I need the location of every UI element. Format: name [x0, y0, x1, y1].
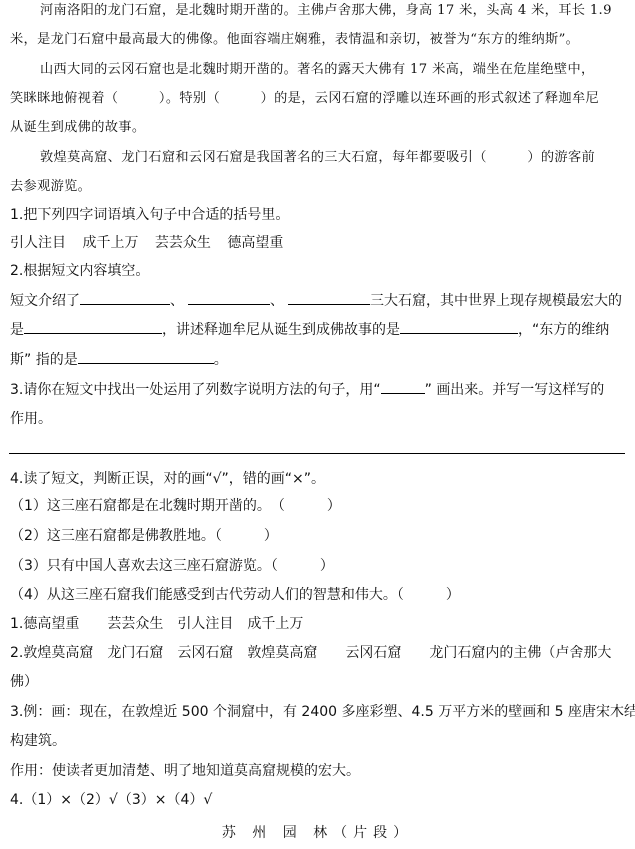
passage-p3-line1: 敦煌莫高窟、龙门石窟和云冈石窟是我国著名的三大石窟，每年都要吸引（ ）的游客前: [40, 149, 625, 167]
word-option: 德高望重: [227, 235, 283, 251]
fill-blank[interactable]: [400, 321, 518, 334]
word-option: 成千上万: [82, 235, 138, 251]
answer-2-line1: 2.敦煌莫高窟 龙门石窟 云冈石窟 敦煌莫高窟 云冈石窟 龙门石窟内的主佛（卢舍…: [10, 644, 625, 662]
underline-sample: [381, 381, 425, 394]
question-3-line2: 作用。: [10, 410, 625, 428]
fill-text: 。: [214, 352, 228, 368]
fill-text: ” 画出来。并写一写这样写的: [425, 382, 605, 398]
answer-1: 1.德高望重 芸芸众生 引人注目 成千上万: [10, 615, 625, 633]
answer-line[interactable]: [9, 453, 625, 454]
fill-blank[interactable]: [80, 292, 170, 305]
answer-3-line3: 作用：使读者更加清楚、明了地知道莫高窟规模的宏大。: [10, 762, 625, 780]
fill-text: 是: [10, 322, 24, 338]
word-option: 芸芸众生: [155, 235, 211, 251]
question-1-word-bank: 引人注目 成千上万 芸芸众生 德高望重: [10, 234, 625, 252]
passage-p1-line2: 米，是龙门石窟中最高最大的佛像。他面容端庄娴雅，表情温和亲切，被誉为“东方的维纳…: [10, 31, 625, 49]
question-2-line3: 斯” 指的是。: [10, 351, 625, 369]
fill-text: 短文介绍了: [10, 293, 80, 309]
fill-blank[interactable]: [78, 351, 214, 364]
fill-text: 、: [170, 293, 184, 309]
question-1-prompt: 1.把下列四字词语填入句子中合适的括号里。: [10, 206, 625, 224]
question-3-line1: 3.请你在短文中找出一处运用了列数字说明方法的句子，用“” 画出来。并写一写这样…: [10, 381, 625, 399]
fill-blank[interactable]: [288, 292, 370, 305]
fill-text: ，讲述释迦牟尼从诞生到成佛故事的是: [162, 322, 400, 338]
question-2-line2: 是，讲述释迦牟尼从诞生到成佛故事的是，“东方的维纳: [10, 321, 625, 339]
answer-4: 4.（1）×（2）√（3）×（4）√: [10, 791, 625, 809]
answer-3-line1: 3.例：画：现在，在敦煌近 500 个洞窟中，有 2400 多座彩塑、4.5 万…: [10, 703, 625, 721]
question-4-item-4: （4）从这三座石窟我们能感受到古代劳动人们的智慧和伟大。（ ）: [10, 586, 625, 604]
question-4-prompt: 4.读了短文，判断正误，对的画“√”，错的画“×”。: [10, 470, 625, 488]
passage-p3-line2: 去参观游览。: [10, 178, 625, 196]
question-4-item-1: （1）这三座石窟都是在北魏时期开凿的。 （ ）: [10, 497, 625, 515]
passage-p2-line2: 笑眯眯地俯视着（ ）。特别（ ）的是，云冈石窟的浮雕以连环画的形式叙述了释迦牟尼: [10, 90, 625, 108]
question-4-item-3: （3）只有中国人喜欢去这三座石窟游览。（ ）: [10, 557, 625, 575]
passage-p2-line1: 山西大同的云冈石窟也是北魏时期开凿的。著名的露天大佛有 17 米高，端坐在危崖绝…: [40, 61, 625, 79]
question-2-prompt: 2.根据短文内容填空。: [10, 262, 625, 280]
fill-text: 、: [270, 293, 284, 309]
question-2-line1: 短文介绍了、、三大石窟，其中世界上现存规模最宏大的: [10, 292, 625, 310]
fill-blank[interactable]: [24, 321, 162, 334]
fill-text: 三大石窟，其中世界上现存规模最宏大的: [370, 293, 622, 309]
fill-text: ，“东方的维纳: [518, 322, 609, 338]
word-option: 引人注目: [10, 235, 66, 251]
passage-p2-line3: 从诞生到成佛的故事。: [10, 119, 625, 137]
question-4-item-2: （2）这三座石窟都是佛教胜地。（ ）: [10, 527, 625, 545]
next-section-title: 苏 州 园 林（片段）: [0, 822, 635, 842]
answer-3-line2: 构建筑。: [10, 732, 625, 750]
passage-p1-line1: 河南洛阳的龙门石窟，是北魏时期开凿的。主佛卢舍那大佛，身高 17 米，头高 4 …: [40, 2, 625, 20]
fill-text: 3.请你在短文中找出一处运用了列数字说明方法的句子，用“: [10, 382, 381, 398]
answer-2-line2: 佛）: [10, 673, 625, 691]
fill-text: 斯” 指的是: [10, 352, 78, 368]
fill-blank[interactable]: [188, 292, 270, 305]
